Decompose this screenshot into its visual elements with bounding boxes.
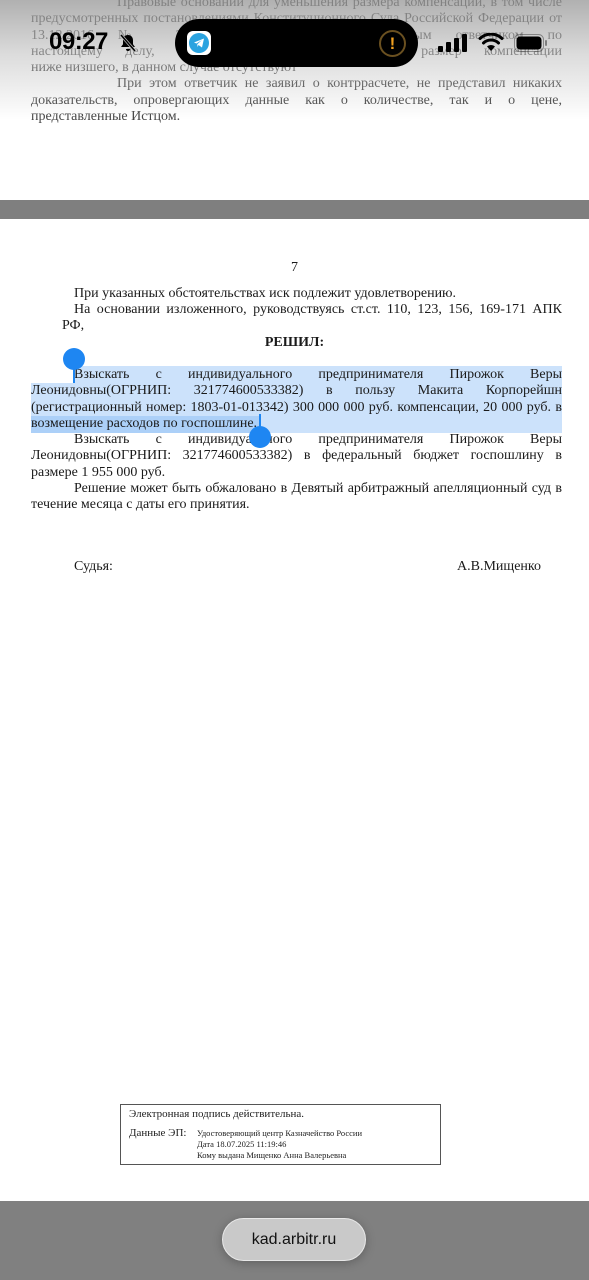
page-number: 7 <box>0 260 589 276</box>
selection-start-caret <box>73 364 75 383</box>
signature-label: Данные ЭП: <box>129 1127 186 1139</box>
status-time: 09:27 <box>49 28 108 56</box>
text-line: представленные Истцом. <box>31 109 562 125</box>
text-line: (регистрационный номер: 1803-01-013342) … <box>31 400 562 416</box>
bell-slash-icon <box>118 33 138 53</box>
text-line: течение месяца с даты его принятия. <box>31 497 562 513</box>
text-line: Взыскать с индивидуального предпринимате… <box>31 432 562 448</box>
paragraph-5: Решение может быть обжаловано в Девятый … <box>31 481 562 514</box>
text-line: РФ, <box>62 318 562 334</box>
judge-label: Судья: <box>74 559 113 575</box>
decision-heading: РЕШИЛ: <box>0 335 589 351</box>
exclamation-icon[interactable]: ! <box>379 30 406 57</box>
signature-issued-to: Кому выдана Мищенко Анна Валерьевна <box>197 1150 346 1160</box>
signature-issuer: Удостоверяющий центр Казначейство России <box>197 1128 362 1138</box>
text-line: размере 1 955 000 руб. <box>31 465 562 481</box>
electronic-signature-stamp: Электронная подпись действительна. Данны… <box>120 1104 441 1165</box>
text-line: Правовые основании для уменьшения размер… <box>74 0 562 11</box>
signature-title: Электронная подпись действительна. <box>129 1108 304 1120</box>
text-line: Взыскать с индивидуального предпринимате… <box>31 367 562 383</box>
paragraph-3[interactable]: Взыскать с индивидуального предпринимате… <box>31 367 562 432</box>
document-page: 7 При указанных обстоятельствах иск подл… <box>0 219 589 1201</box>
judge-name: А.В.Мищенко <box>457 559 541 575</box>
dynamic-island[interactable]: ! <box>175 19 418 67</box>
text-line: На основании изложенного, руководствуясь… <box>74 302 562 318</box>
text-line: При этом ответчик не заявил о контррасче… <box>74 76 562 92</box>
telegram-icon[interactable] <box>187 31 211 55</box>
cellular-signal-icon <box>438 34 468 52</box>
wifi-icon <box>478 33 504 52</box>
paragraph-1: При указанных обстоятельствах иск подлеж… <box>74 286 562 302</box>
text-line: возмещение расходов по госпошлине. <box>31 416 562 432</box>
text-line: доказательств, опровергающих данные как … <box>31 93 562 109</box>
address-bar[interactable]: kad.arbitr.ru <box>222 1218 366 1261</box>
text-line: Решение может быть обжаловано в Девятый … <box>31 481 562 497</box>
text-line: Леонидовны(ОГРНИП: 321774600533382) в фе… <box>31 448 562 464</box>
paragraph-4: Взыскать с индивидуального предпринимате… <box>31 432 562 481</box>
page-separator <box>0 200 589 219</box>
text-line: Леонидовны(ОГРНИП: 321774600533382) в по… <box>31 383 562 399</box>
selection-end-handle[interactable] <box>249 426 271 448</box>
paragraph-2: На основании изложенного, руководствуясь… <box>74 302 562 335</box>
signature-date: Дата 18.07.2025 11:19:46 <box>197 1139 286 1149</box>
text-line: При указанных обстоятельствах иск подлеж… <box>74 286 562 302</box>
battery-icon <box>514 34 548 52</box>
